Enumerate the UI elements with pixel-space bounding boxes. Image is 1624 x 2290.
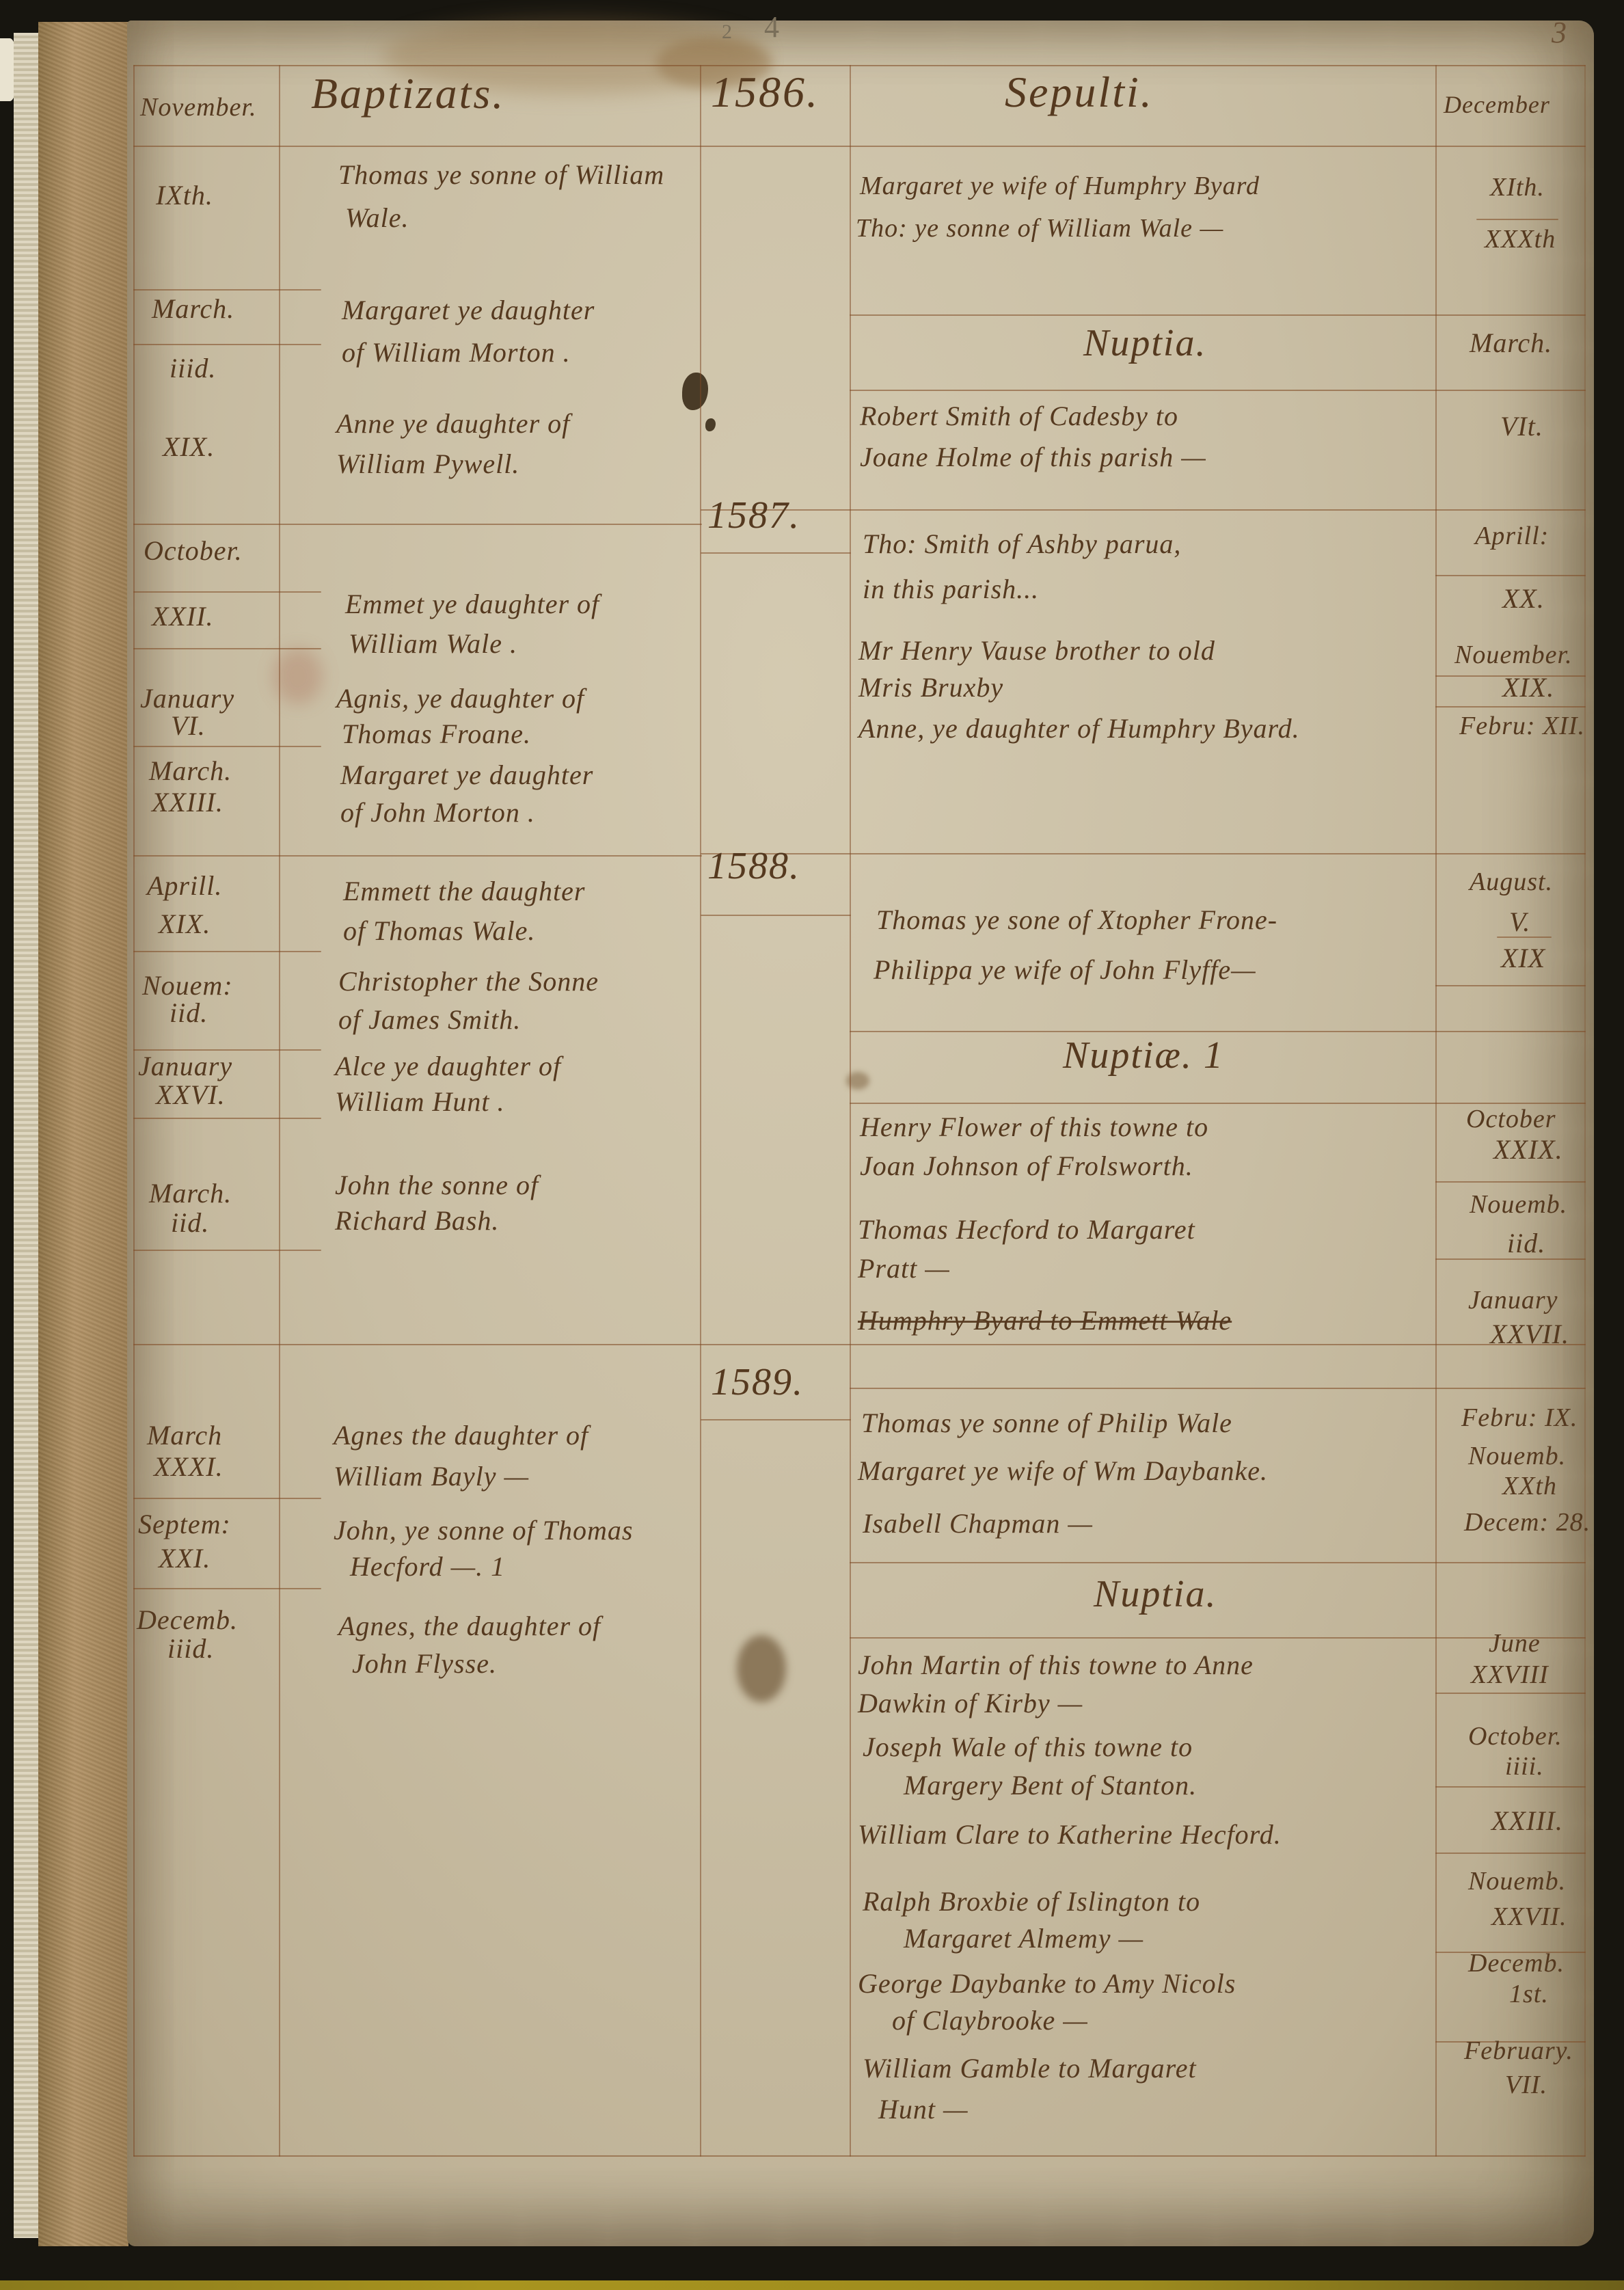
col-line-date-divider [1435,65,1437,2157]
baptism-line: of James Smith. [338,1003,521,1036]
marriage-line: Dawkin of Kirby — [858,1687,1083,1719]
burial-line: in this parish... [863,573,1039,605]
burial-line: Tho: Smith of Ashby parua, [863,528,1181,560]
rule-month-cell [133,289,321,291]
burial-date: XIth. [1490,172,1545,202]
year-label: 1589. [711,1360,804,1404]
marriage-line: Joan Johnson of Frolsworth. [860,1150,1193,1182]
baptism-day: iiid. [170,352,216,384]
marriage-date: XXIX. [1493,1133,1563,1166]
baptism-line: Agnes the daughter of [334,1419,588,1451]
burial-date: Febru: XII. [1459,711,1585,741]
nuptia-month: March. [1470,327,1552,359]
baptism-month: Decemb. [137,1604,238,1636]
marriage-line: Ralph Broxbie of Islington to [863,1885,1200,1917]
baptism-day: XXVI. [156,1079,226,1111]
rule-month-cell [133,1118,321,1119]
rule-nuptia-bottom [850,390,1586,391]
baptism-line: John Flysse. [352,1647,497,1680]
burial-date: XIX [1501,942,1545,974]
rule-nuptia-bottom [850,1637,1586,1639]
pencil-mark: 4 [764,10,780,44]
burial-date: Aprill: [1475,521,1549,551]
marriage-line: Hunt — [878,2093,969,2125]
marriage-date: XXVIII [1471,1660,1549,1690]
baptism-line: William Pywell. [336,448,519,480]
baptism-day: VI. [171,710,206,742]
burial-date: XXth [1502,1471,1557,1501]
photo-color-strip [0,2280,1624,2290]
col-line-names-divider [700,65,701,2157]
binding-spine [38,22,128,2246]
baptism-line: Margaret ye daughter [342,294,595,326]
year-label: 1587. [707,494,800,537]
baptism-line: Richard Bash. [335,1204,499,1237]
pencil-mark: 2 [722,21,733,44]
baptism-line: Emmet ye daughter of [345,588,599,620]
rule-date-cell [1435,1786,1586,1788]
baptism-day: iid. [170,997,208,1029]
baptism-line: Agnes, the daughter of [338,1610,601,1642]
rule-month-cell [133,591,321,593]
baptism-day: XIX. [163,431,215,463]
rule-1587-left [133,524,702,525]
burial-line: Margaret ye wife of Humphry Byard [860,171,1260,201]
baptism-month: March [147,1419,222,1451]
burial-line: Mris Bruxby [858,671,1003,703]
nuptia-heading: Nuptia. [1083,321,1206,365]
rule-month-cell [133,648,321,649]
baptism-line: John the sonne of [335,1169,539,1201]
baptism-month: March. [152,293,234,325]
col-line-left-border [133,65,135,2157]
rule-1589-top [133,1344,1586,1345]
rule-bottom [133,2155,1586,2157]
baptism-day: XXIII. [152,786,224,818]
marriage-date: January [1468,1285,1558,1315]
rule-month-cell [133,746,321,747]
baptism-line: Anne ye daughter of [336,407,570,440]
baptism-line: Margaret ye daughter [340,759,593,791]
marriage-line: Pratt — [858,1252,950,1284]
marriage-line: Margery Bent of Stanton. [904,1769,1197,1801]
rule-date-cell [1435,706,1586,708]
rule-date-cell [1435,575,1586,576]
baptism-line: of John Morton . [340,796,535,829]
baptism-day: iiid. [167,1632,214,1665]
baptism-line: Emmett the daughter [343,875,586,907]
year-label: 1588. [707,844,800,888]
rule-date-cell [1435,1181,1586,1183]
rule-top [133,65,1586,66]
burial-line: Thomas ye sonne of Philip Wale [861,1407,1232,1439]
rule-nuptia-top [850,314,1586,316]
baptism-month: Septem: [138,1508,231,1540]
rule-date-underline [1476,219,1558,220]
burial-date: XIX. [1502,671,1554,703]
baptism-day: XXXI. [154,1451,224,1483]
marriage-date: February. [1464,2036,1573,2066]
burial-date: Nouember. [1454,640,1573,670]
col-line-right-border [1584,65,1586,2157]
rule-year-cell [701,1419,851,1420]
marriage-date: XXVII. [1491,1902,1567,1932]
burial-date: August. [1470,867,1553,897]
baptism-line: Thomas ye sonne of William [338,159,664,191]
rule-1588-right [701,853,1586,854]
baptism-month: March. [149,1177,232,1209]
header-sepulti: Sepulti. [1005,67,1154,118]
burial-date: Nouemb. [1468,1441,1566,1471]
burial-date: XX. [1502,582,1545,615]
marriage-line: George Daybanke to Amy Nicols [858,1967,1236,1999]
folio-number: 3 [1552,15,1567,50]
book-fore-edge [14,33,40,2238]
rule-year-cell [701,915,851,916]
baptism-month: March. [149,755,232,787]
marriage-date: VII. [1505,2070,1547,2100]
marriage-line: Joseph Wale of this towne to [863,1731,1193,1763]
rule-month-cell [133,951,321,952]
rule-month-cell [133,1588,321,1589]
baptism-month: January [138,1050,232,1082]
rule-1588-left [133,855,702,857]
baptism-line: William Bayly — [334,1460,529,1492]
baptism-line: of Thomas Wale. [343,915,535,947]
rule-nuptia-top [850,1562,1586,1563]
baptism-line: of William Morton . [342,336,571,368]
rule-month-cell [133,1498,321,1499]
baptism-day: XXI. [159,1542,211,1574]
marriage-date: XXIII. [1491,1805,1563,1837]
marriage-line: John Martin of this towne to Anne [858,1649,1254,1681]
rule-date-cell [1435,1693,1586,1694]
marriage-line: of Claybrooke — [892,2004,1088,2036]
baptism-day: XXII. [152,600,214,632]
rule-1587-right [701,509,1586,511]
marriage-line: Joane Holme of this parish — [860,441,1206,473]
burial-date: XXXth [1485,224,1556,254]
rule-1589-right [850,1388,1586,1389]
baptism-day: iid. [171,1207,209,1239]
header-month-left: November. [140,92,256,122]
marriage-date: October [1466,1104,1556,1134]
register-photo: 2 4 3 November. Baptizats. 1586. Sepulti… [0,0,1624,2290]
rule-nuptia-top [850,1031,1586,1032]
burial-line: Philippa ye wife of John Flyffe— [874,954,1256,986]
marriage-date: Decemb. [1468,1948,1565,1978]
baptism-line: Hecford —. 1 [350,1550,505,1582]
burial-line: Isabell Chapman — [863,1507,1093,1539]
baptism-line: Christopher the Sonne [338,965,599,997]
baptism-month: October. [144,535,243,567]
marriage-date: Nouemb. [1470,1189,1567,1220]
burial-line: Thomas ye sone of Xtopher Frone- [876,904,1277,936]
rule-date-cell [1435,985,1586,986]
header-month-right: December [1444,90,1550,119]
burial-line: Anne, ye daughter of Humphry Byard. [858,712,1300,744]
year-label: 1586. [711,67,820,118]
rule-date-cell [1435,1853,1586,1854]
baptism-line: Alce ye daughter of [335,1050,561,1082]
nuptia-heading: Nuptiæ. 1 [1063,1034,1224,1077]
marriage-date: Nouemb. [1468,1866,1566,1896]
baptism-day: IXth. [156,179,213,211]
marriage-line-struck: Humphry Byard to Emmett Wale [858,1304,1232,1336]
marriage-line: Margaret Almemy — [904,1922,1143,1954]
col-line-year-divider [850,65,851,2157]
parchment-stain [273,648,323,704]
burial-line: Mr Henry Vause brother to old [858,634,1215,666]
marriage-line: Henry Flower of this towne to [860,1111,1208,1143]
burial-date: V. [1509,906,1530,938]
baptism-line: Agnis, ye daughter of [336,682,584,714]
nuptia-heading: Nuptia. [1094,1572,1217,1616]
parchment-stain [737,1635,786,1702]
marriage-date: 1st. [1509,1979,1549,2009]
marriage-date: VIt. [1500,410,1543,442]
marriage-line: Robert Smith of Cadesby to [860,400,1178,432]
rule-month-cell [133,344,321,345]
baptism-month: Aprill. [147,870,222,902]
baptism-line: Wale. [345,202,409,234]
burial-line: Margaret ye wife of Wm Daybanke. [858,1455,1268,1487]
baptism-line: John, ye sonne of Thomas [334,1514,633,1546]
marriage-date: XXVII. [1490,1318,1569,1350]
marriage-date: iid. [1507,1227,1545,1259]
marriage-date: October. [1468,1721,1562,1751]
marriage-line: William Clare to Katherine Hecford. [858,1818,1282,1850]
baptism-line: William Wale . [349,628,517,660]
rule-year-cell [701,552,851,554]
rule-header-bottom [133,146,1586,147]
marriage-date: June [1489,1628,1541,1658]
burial-date: Febru: IX. [1461,1403,1578,1433]
baptism-line: William Hunt . [335,1086,504,1118]
burial-line: Tho: ye sonne of William Wale — [856,213,1223,243]
marriage-date: iiii. [1505,1751,1544,1781]
col-line-month-divider [279,65,280,2157]
baptism-day: XIX. [159,908,211,940]
baptism-line: Thomas Froane. [342,718,531,750]
rule-month-cell [133,1250,321,1251]
marriage-line: William Gamble to Margaret [863,2052,1197,2084]
header-baptizats: Baptizats. [311,68,505,119]
burial-date: Decem: 28. [1464,1507,1591,1537]
marriage-line: Thomas Hecford to Margaret [858,1213,1195,1245]
